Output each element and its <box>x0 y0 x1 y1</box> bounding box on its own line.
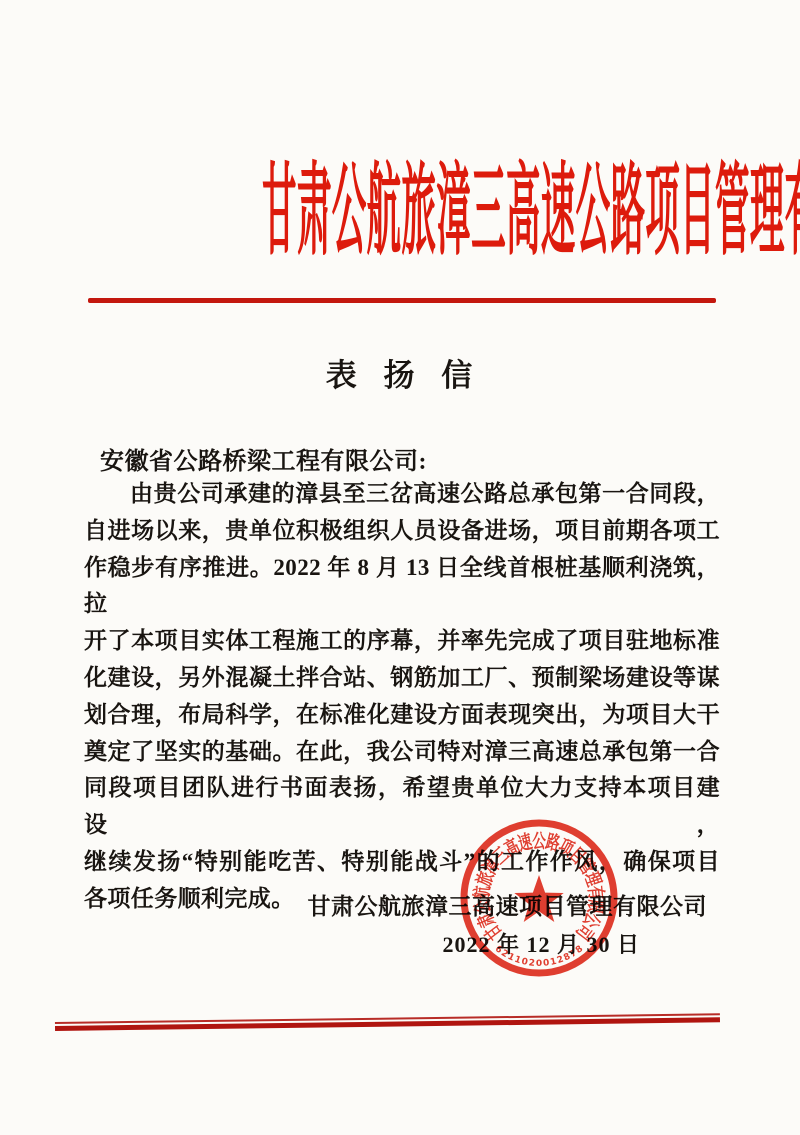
svg-text:2: 2 <box>528 958 535 969</box>
letterhead-rule <box>88 298 716 303</box>
body-paragraph: 由贵公司承建的漳县至三岔高速公路总承包第一合同段，自进场以来，贵单位积极组织人员… <box>84 476 720 918</box>
body-line: 作稳步有序推进。2022 年 8 月 13 日全线首根桩基顺利浇筑，拉 <box>84 550 720 624</box>
body-line: 继续发扬“特别能吃苦、特别能战斗”的工作作风，确保项目 <box>84 844 720 881</box>
letter-page: 甘肃公航旅漳三高速公路项目管理有限公司 表 扬 信 安徽省公路桥梁工程有限公司:… <box>0 0 800 1135</box>
company-seal: 甘肃公航旅漳三高速公路项目管理有限公司 6211020012878 <box>457 816 621 980</box>
body-line: 化建设，另外混凝土拌合站、钢筋加工厂、预制梁场建设等谋 <box>84 660 720 697</box>
salutation: 安徽省公路桥梁工程有限公司: <box>86 441 427 476</box>
body-line: 同段项目团队进行书面表扬，希望贵单位大力支持本项目建设， <box>84 770 720 844</box>
letterhead-company-name: 甘肃公航旅漳三高速公路项目管理有限公司 <box>262 158 538 266</box>
svg-text:0: 0 <box>536 959 542 969</box>
body-line: 开了本项目实体工程施工的序幕，并率先完成了项目驻地标准 <box>84 623 720 660</box>
body-line: 奠定了坚实的基础。在此，我公司特对漳三高速总承包第一合 <box>84 734 720 771</box>
seal-star-icon <box>514 875 563 922</box>
document-title: 表 扬 信 <box>0 350 800 395</box>
body-line: 划合理，布局科学，在标准化建设方面表现突出，为项目大干 <box>84 697 720 734</box>
footer-rule <box>55 1013 720 1031</box>
body-line: 自进场以来，贵单位积极组织人员设备进场，项目前期各项工 <box>84 513 720 550</box>
body-line: 由贵公司承建的漳县至三岔高速公路总承包第一合同段， <box>84 476 720 513</box>
